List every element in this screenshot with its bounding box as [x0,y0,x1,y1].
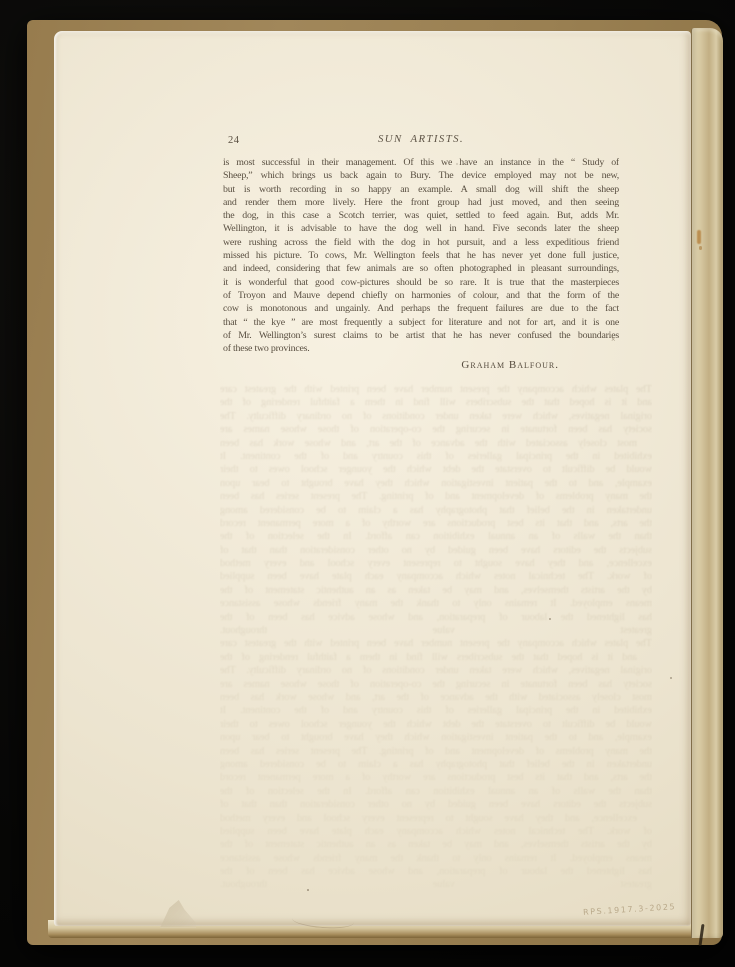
ghost-text-line: most closely associated with the advance… [220,691,652,704]
ghost-text-line: most closely associated with the advance… [220,437,652,450]
running-title: SUN ARTISTS. [223,133,619,145]
body-text-line: is most successful in their management. … [223,156,619,169]
ghost-text-line: undertaken in the belief that photograph… [220,504,652,517]
ghost-text-line: original negatives, which were taken und… [220,664,652,677]
foxing-stain [697,230,701,244]
ghost-text-line: than the walls of an annual exhibition c… [220,785,652,798]
page-number: 24 [228,135,240,146]
body-text-line: cow is monotonous and ungainly. And perh… [223,302,619,315]
ghost-text-line: example, and to the patient investigatio… [220,477,652,490]
ghost-text-line: excellence, and they have sought to repr… [220,812,652,825]
paper-speck [456,163,458,165]
ghost-text-line: greatest value throughout. [220,624,652,637]
ghost-text-line: would be difficult to overstate the debt… [220,718,652,731]
body-text-line: Sheep,” which brings us back again to Bu… [223,169,619,182]
ghost-text-line: of work. The technical notes which accom… [220,570,652,583]
ghost-text-line: example, and to the patient investigatio… [220,731,652,744]
body-text-line: and render them more lively. Here the fr… [223,196,619,209]
ghost-text-line: The plates which accompany the present n… [220,383,652,396]
pencil-inscription: RPS.1917.3-2025 [583,902,677,917]
ghost-text-line: than the walls of an annual exhibition c… [220,530,652,543]
ghost-text-line: original negatives, which were taken und… [220,410,652,423]
ghost-text-line: and it is hoped that the subscribers wil… [220,396,652,409]
ghost-text-line: and it is hoped that the subscribers wil… [220,651,652,664]
ghost-text-line: undertaken in the belief that photograph… [220,758,652,771]
ghost-text-line: means employed. It remains only to thank… [220,852,652,865]
ghost-text-line: society has been fortunate in securing t… [220,423,652,436]
body-text-line: it is wonderful that good cow-pictures s… [223,276,619,289]
paper-speck [549,618,551,620]
body-text-line: of Mr. Wellington’s surest claims to be … [223,329,619,342]
body-text: is most successful in their management. … [223,156,619,355]
ghost-text-line: of work. The technical notes which accom… [220,825,652,838]
body-text-line: that “ the kye ” are most frequently a s… [223,316,619,329]
ghost-text-line: subjects the editors have been guided by… [220,798,652,811]
running-header: 24 SUN ARTISTS. [223,133,619,147]
paper-speck [670,677,672,679]
body-text-line: the dog, in this case a Scotch terrier, … [223,209,619,222]
body-text-line: were rushing across the field with the d… [223,236,619,249]
ghost-text-line: exhibited in the principal galleries of … [220,704,652,717]
ghost-text-line: has lightened the labour of preparation,… [220,865,652,878]
body-text-line: of these two provinces. [223,342,619,355]
book-page: 24 SUN ARTISTS. is most successful in th… [54,31,691,926]
ghost-text-line: subjects the editors have been guided by… [220,544,652,557]
ghost-text-line: the many problems of development and of … [220,490,652,503]
ghost-text-line: exhibited in the principal galleries of … [220,450,652,463]
ghost-text-line: would be difficult to overstate the debt… [220,463,652,476]
page-crease-mark [160,900,196,928]
ghost-text-line: the arts, and that its best productions … [220,517,652,530]
paper-speck [307,889,309,891]
body-text-line: but is worth recording in so happy an ex… [223,183,619,196]
ghost-text-line: society has been fortunate in securing t… [220,678,652,691]
foxing-stain [699,246,702,250]
book-photo: 24 SUN ARTISTS. is most successful in th… [0,0,735,967]
body-text-line: of Troyon and Mauve depend chiefly on ha… [223,289,619,302]
body-text-line: Wellington, it is advisable to have the … [223,222,619,235]
margin-pen-mark: × [611,335,616,344]
printed-text-block: 24 SUN ARTISTS. is most successful in th… [223,133,619,371]
author-signature: Graham Balfour. [223,359,619,371]
ghost-text-line: by the artists themselves, and may be ta… [220,838,652,851]
body-text-line: missed his picture. To cows, Mr. Welling… [223,249,619,262]
ghost-text-line: the many problems of development and of … [220,745,652,758]
ghost-text-line: The plates which accompany the present n… [220,637,652,650]
ghost-text-line: excellence, and they have sought to repr… [220,557,652,570]
body-text-line: and indeed, considering that few animals… [223,262,619,275]
page-fore-edge-stack [691,28,723,938]
ghost-text-line: means employed. It remains only to thank… [220,597,652,610]
ghost-text-line: greatest value throughout. [220,878,652,891]
ghost-text-line: the arts, and that its best productions … [220,771,652,784]
show-through-text: The plates which accompany the present n… [220,383,652,898]
ghost-text-line: by the artists themselves, and may be ta… [220,584,652,597]
ghost-text-line: has lightened the labour of preparation,… [220,611,652,624]
